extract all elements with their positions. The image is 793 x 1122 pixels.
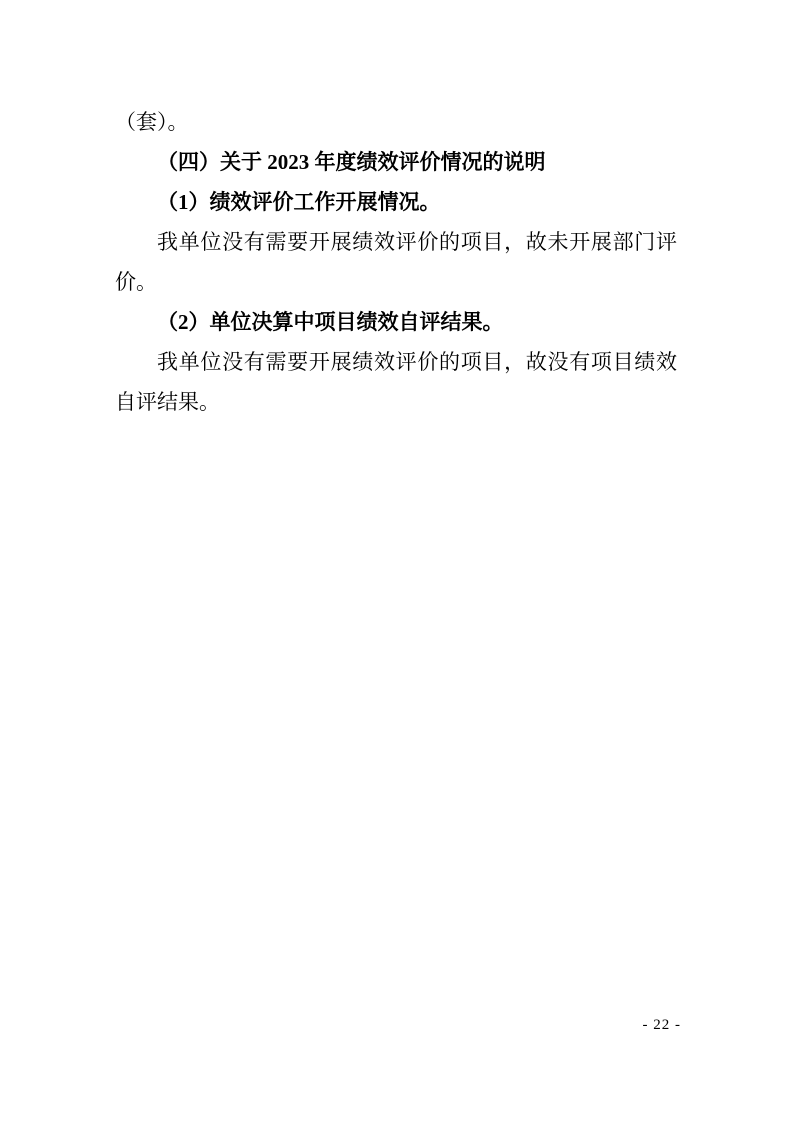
- section-heading-4: （四）关于 2023 年度绩效评价情况的说明: [115, 142, 677, 182]
- body-paragraph-2: 我单位没有需要开展绩效评价的项目，故没有项目绩效自评结果。: [115, 342, 677, 422]
- sub-heading-2: （2）单位决算中项目绩效自评结果。: [115, 302, 677, 342]
- paragraph-continuation: （套）。: [115, 102, 677, 142]
- body-paragraph-1: 我单位没有需要开展绩效评价的项目，故未开展部门评价。: [115, 222, 677, 302]
- document-page: （套）。 （四）关于 2023 年度绩效评价情况的说明 （1）绩效评价工作开展情…: [0, 0, 793, 1122]
- sub-heading-1: （1）绩效评价工作开展情况。: [115, 182, 677, 222]
- page-number: - 22 -: [643, 1014, 682, 1036]
- document-body: （套）。 （四）关于 2023 年度绩效评价情况的说明 （1）绩效评价工作开展情…: [115, 102, 677, 422]
